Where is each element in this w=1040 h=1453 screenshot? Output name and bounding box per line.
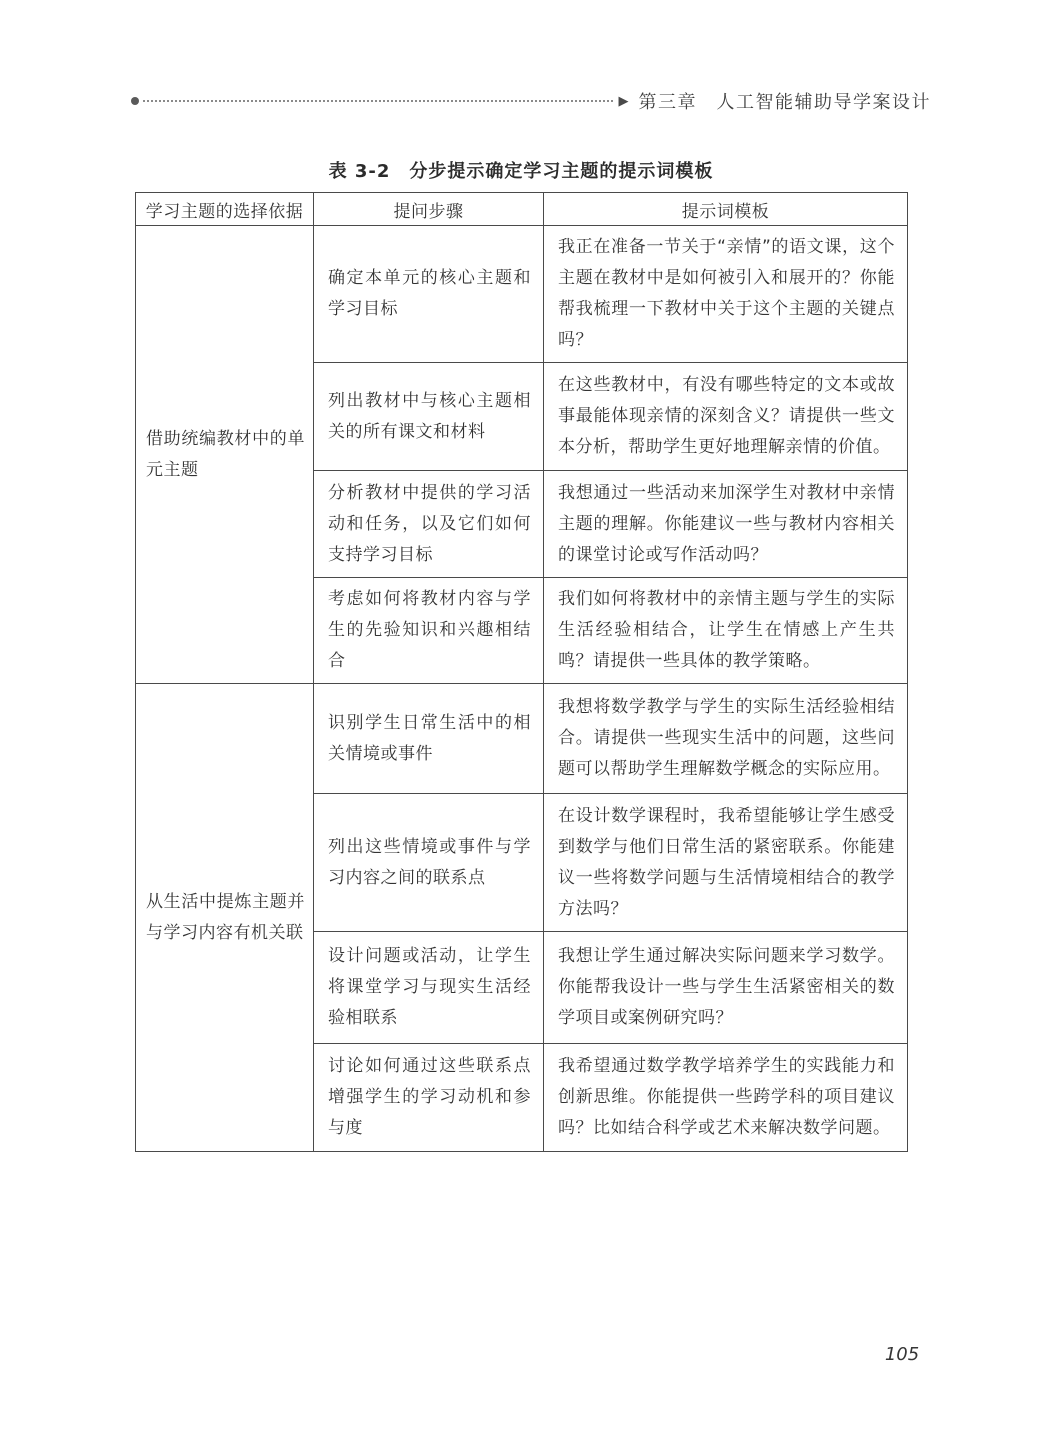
step-cell: 分析教材中提供的学习活动和任务，以及它们如何支持学习目标 bbox=[314, 471, 544, 578]
template-cell: 我正在准备一节关于“亲情”的语文课，这个主题在教材中是如何被引入和展开的？你能帮… bbox=[544, 226, 908, 363]
bullet-dot-icon bbox=[131, 97, 139, 105]
table-row: 借助统编教材中的单元主题 确定本单元的核心主题和学习目标 我正在准备一节关于“亲… bbox=[136, 226, 908, 363]
chapter-title: 第三章 人工智能辅助导学案设计 bbox=[639, 88, 932, 114]
template-cell: 我想让学生通过解决实际问题来学习数学。你能帮我设计一些与学生生活紧密相关的数学项… bbox=[544, 932, 908, 1044]
column-header-step: 提问步骤 bbox=[314, 193, 544, 226]
step-cell: 列出教材中与核心主题相关的所有课文和材料 bbox=[314, 363, 544, 471]
chapter-header-rule: ▶ 第三章 人工智能辅助导学案设计 bbox=[131, 90, 931, 112]
document-page: ▶ 第三章 人工智能辅助导学案设计 表 3-2 分步提示确定学习主题的提示词模板… bbox=[0, 0, 1040, 1453]
step-cell: 列出这些情境或事件与学习内容之间的联系点 bbox=[314, 794, 544, 932]
template-cell: 我希望通过数学教学培养学生的实践能力和创新思维。你能提供一些跨学科的项目建议吗？… bbox=[544, 1044, 908, 1152]
table-header-row: 学习主题的选择依据 提问步骤 提示词模板 bbox=[136, 193, 908, 226]
step-cell: 讨论如何通过这些联系点增强学生的学习动机和参与度 bbox=[314, 1044, 544, 1152]
page-number: 105 bbox=[872, 1344, 932, 1365]
template-cell: 我们如何将教材中的亲情主题与学生的实际生活经验相结合，让学生在情感上产生共鸣？请… bbox=[544, 578, 908, 684]
template-cell: 我想将数学教学与学生的实际生活经验相结合。请提供一些现实生活中的问题，这些问题可… bbox=[544, 684, 908, 794]
basis-cell-group1: 借助统编教材中的单元主题 bbox=[136, 226, 314, 684]
template-cell: 在这些教材中，有没有哪些特定的文本或故事最能体现亲情的深刻含义？请提供一些文本分… bbox=[544, 363, 908, 471]
step-cell: 考虑如何将教材内容与学生的先验知识和兴趣相结合 bbox=[314, 578, 544, 684]
basis-cell-group2: 从生活中提炼主题并与学习内容有机关联 bbox=[136, 684, 314, 1152]
arrow-right-icon: ▶ bbox=[619, 95, 629, 108]
table-row: 从生活中提炼主题并与学习内容有机关联 识别学生日常生活中的相关情境或事件 我想将… bbox=[136, 684, 908, 794]
column-header-template: 提示词模板 bbox=[544, 193, 908, 226]
template-cell: 我想通过一些活动来加深学生对教材中亲情主题的理解。你能建议一些与教材内容相关的课… bbox=[544, 471, 908, 578]
step-cell: 识别学生日常生活中的相关情境或事件 bbox=[314, 684, 544, 794]
prompt-template-table: 学习主题的选择依据 提问步骤 提示词模板 借助统编教材中的单元主题 确定本单元的… bbox=[135, 192, 908, 1152]
dotted-leader-line bbox=[143, 100, 613, 102]
table-caption: 表 3-2 分步提示确定学习主题的提示词模板 bbox=[135, 157, 907, 183]
column-header-basis: 学习主题的选择依据 bbox=[136, 193, 314, 226]
template-cell: 在设计数学课程时，我希望能够让学生感受到数学与他们日常生活的紧密联系。你能建议一… bbox=[544, 794, 908, 932]
step-cell: 设计问题或活动，让学生将课堂学习与现实生活经验相联系 bbox=[314, 932, 544, 1044]
step-cell: 确定本单元的核心主题和学习目标 bbox=[314, 226, 544, 363]
